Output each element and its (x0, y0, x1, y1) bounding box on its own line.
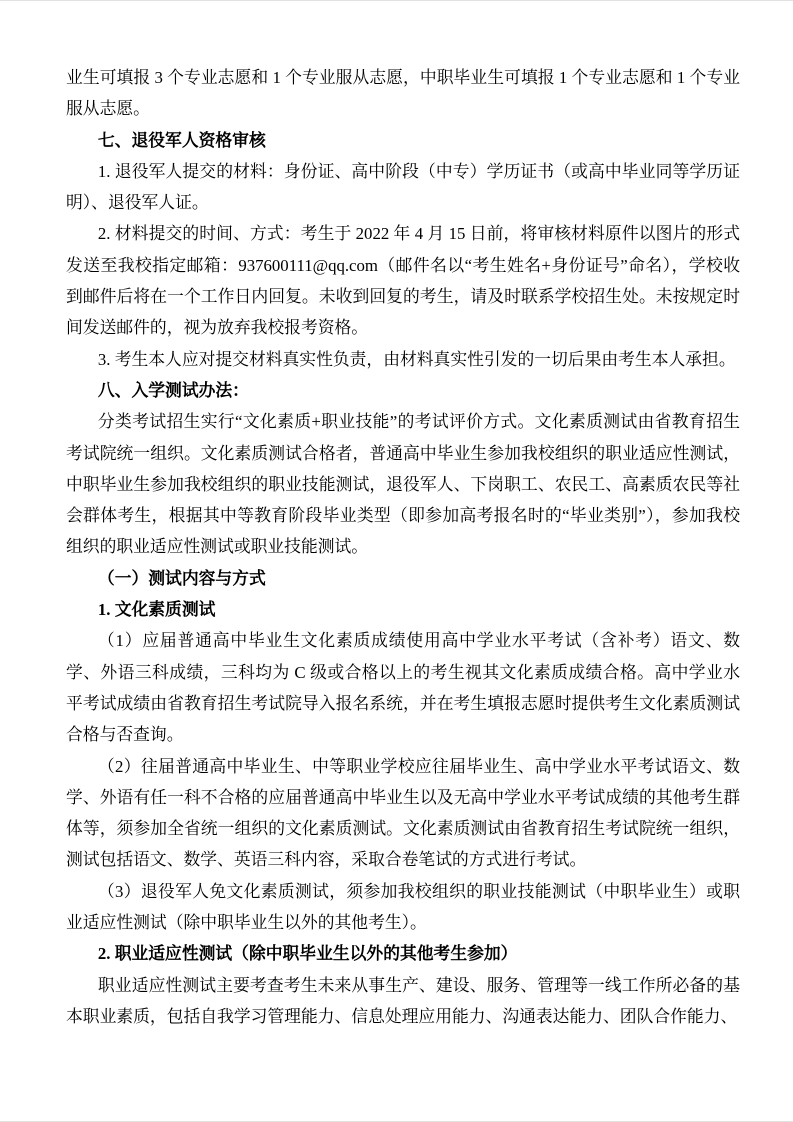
document-page: 业生可填报 3 个专业志愿和 1 个专业服从志愿，中职毕业生可填报 1 个专业志… (0, 0, 793, 1122)
section-heading: 1. 文化素质测试 (66, 594, 740, 625)
section-heading: 2. 职业适应性测试（除中职毕业生以外的其他考生参加） (66, 938, 740, 969)
paragraph: （3）退役军人免文化素质测试，须参加我校组织的职业技能测试（中职毕业生）或职业适… (66, 876, 740, 939)
paragraph: 1. 退役军人提交的材料：身份证、高中阶段（中专）学历证书（或高中毕业同等学历证… (66, 156, 740, 219)
paragraph: （2）往届普通高中毕业生、中等职业学校应往届毕业生、高中学业水平考试语文、数学、… (66, 751, 740, 876)
paragraph: 职业适应性测试主要考查考生未来从事生产、建设、服务、管理等一线工作所必备的基本职… (66, 970, 740, 1033)
section-heading: （一）测试内容与方式 (66, 563, 740, 594)
paragraph: 3. 考生本人应对提交材料真实性负责，由材料真实性引发的一切后果由考生本人承担。 (66, 344, 740, 375)
paragraph: 业生可填报 3 个专业志愿和 1 个专业服从志愿，中职毕业生可填报 1 个专业志… (66, 62, 740, 125)
document-body: 业生可填报 3 个专业志愿和 1 个专业服从志愿，中职毕业生可填报 1 个专业志… (66, 62, 740, 1032)
section-heading: 七、退役军人资格审核 (66, 125, 740, 156)
paragraph: 2. 材料提交的时间、方式：考生于 2022 年 4 月 15 日前，将审核材料… (66, 218, 740, 343)
paragraph: 分类考试招生实行“文化素质+职业技能”的考试评价方式。文化素质测试由省教育招生考… (66, 406, 740, 562)
section-heading: 八、入学测试办法： (66, 375, 740, 406)
paragraph: （1）应届普通高中毕业生文化素质成绩使用高中学业水平考试（含补考）语文、数学、外… (66, 625, 740, 750)
